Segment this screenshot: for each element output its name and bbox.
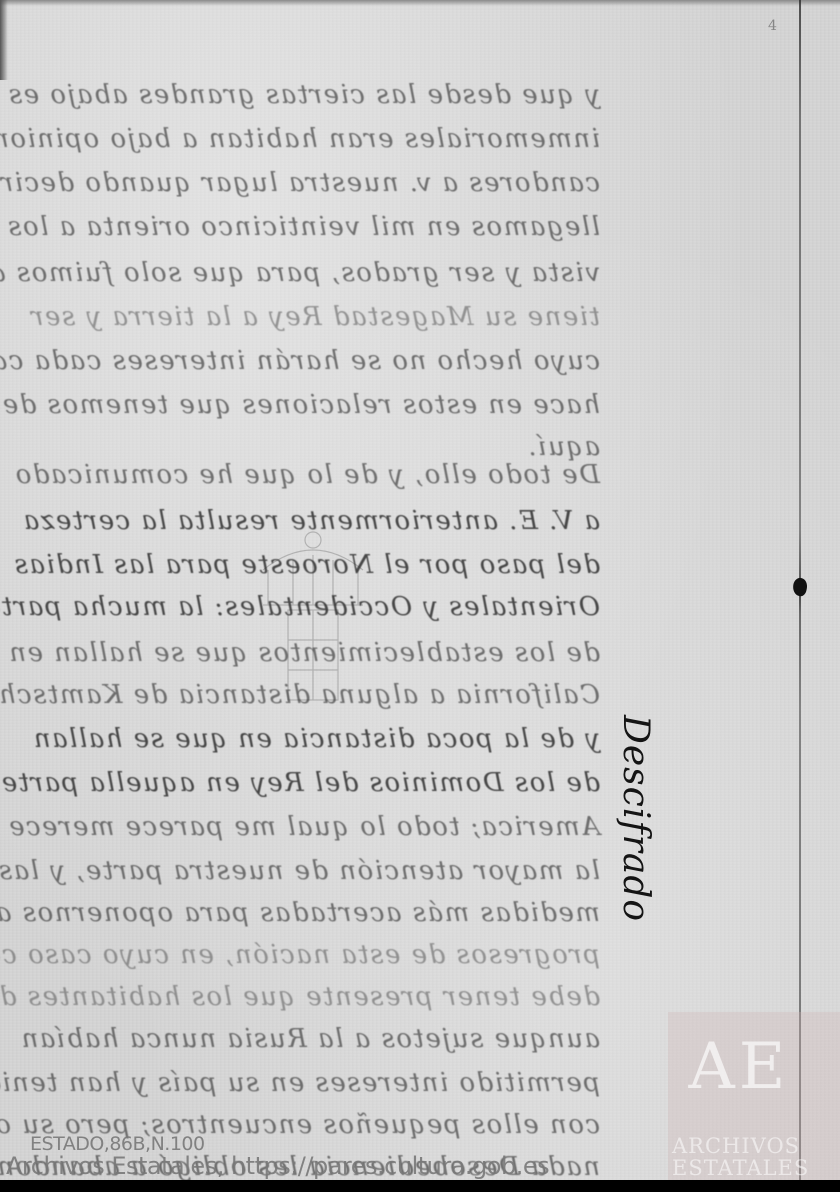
scan-left-edge-shadow xyxy=(0,0,8,80)
ms-line: aquí. xyxy=(540,432,600,462)
ms-line: America; todo lo qual me parece merece xyxy=(8,812,600,842)
scan-top-edge-shadow xyxy=(0,0,840,6)
folio-corner-mark: 4 xyxy=(768,18,777,34)
archive-monogram-icon: AE xyxy=(676,1030,802,1104)
archive-name-line1: ARCHIVOS xyxy=(672,1134,840,1158)
ms-line: vista y ser grados, para que solo fuimos… xyxy=(0,258,600,288)
source-credit-url: Archivos Estatales, https://pares.cultur… xyxy=(6,1152,549,1180)
ms-line: y que desde las ciertas grandes abajo es… xyxy=(0,80,600,110)
paper-watermark-crown-icon xyxy=(248,510,378,720)
ms-line: cuyo hecho no se harán intereses cada ca… xyxy=(0,346,600,376)
ms-line: hace en estos relaciones que tenemos de xyxy=(1,390,600,420)
archive-watermark-logo: AE ARCHIVOS ESTATALES xyxy=(668,1012,840,1180)
ms-line: permitido intereses en su país y han ten… xyxy=(0,1068,600,1098)
ink-blot xyxy=(791,577,808,598)
ms-line: medidas más acertadas para oponernos a l… xyxy=(0,898,600,928)
ms-line: inmemoriales eran habitan a bajo opinion xyxy=(0,124,600,154)
ms-line: De todo ello, y de lo que he comunicado xyxy=(14,460,600,490)
ms-line: la mayor atención de nuestra parte, y la… xyxy=(0,856,600,886)
ms-line: aunque sujetos a la Rusia nunca habían xyxy=(20,1024,600,1054)
ms-line: tiene su Magestad Rey a la tierra y ser xyxy=(30,302,600,332)
ms-line: de los Dominios del Rey en aquella parte… xyxy=(0,768,600,798)
archive-name-line2: ESTATALES xyxy=(672,1156,840,1180)
ms-line: llegamos en mil veinticinco orienta a lo… xyxy=(0,212,600,242)
ms-line: y de la poca distancia en que se hallan xyxy=(32,724,600,754)
marginal-note: Descifrado xyxy=(615,715,656,922)
ms-line: candores a v. nuestra lugar quando decir… xyxy=(0,168,600,198)
manuscript-page: y que desde las ciertas grandes abajo es… xyxy=(0,0,840,1180)
ms-line: progresos de esta nación, en cuyo caso c… xyxy=(0,940,600,970)
ms-line: debe tener presente que los habitantes d… xyxy=(0,982,600,1012)
scan-bottom-border xyxy=(0,1180,840,1192)
